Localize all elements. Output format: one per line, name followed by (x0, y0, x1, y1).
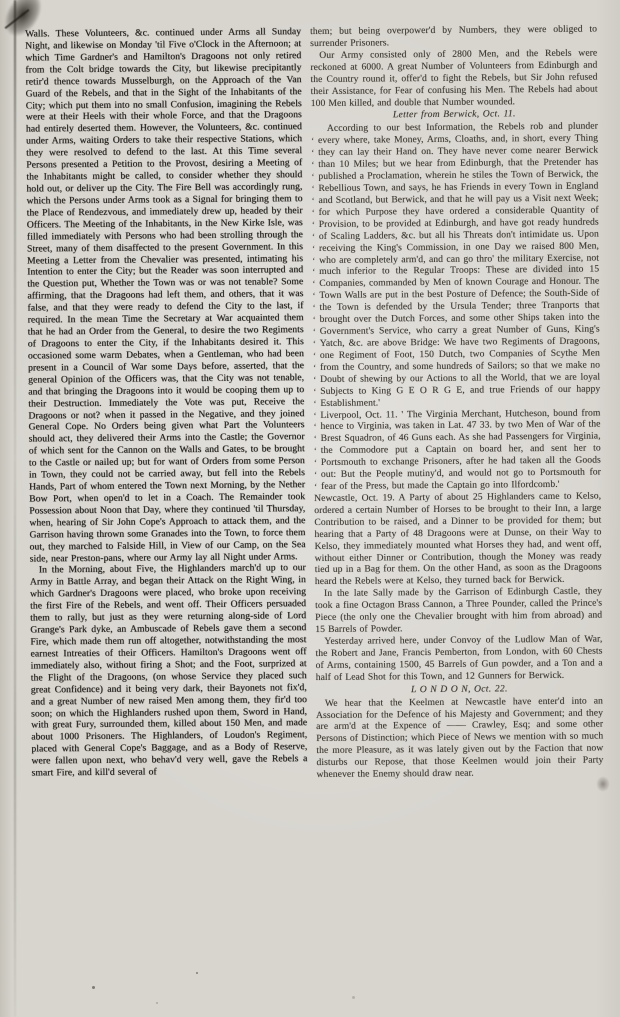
heading-london-dateline: L O N D O N, Oct. 22. (316, 682, 603, 696)
paragraph-liverpool-report: ‘ ‘ ‘ ‘ ‘ ‘ ‘ ‘ ‘ ‘ ‘ ‘ ‘ ‘ ‘ ‘ ‘ ‘ ‘ ‘ … (313, 407, 601, 493)
paragraph-surrender: them; but being overpower'd by Numbers, … (310, 24, 597, 50)
quote-marks-gutter: ‘ ‘ ‘ ‘ ‘ ‘ ‘ ‘ ‘ ‘ ‘ ‘ ‘ ‘ ‘ ‘ ‘ ‘ ‘ ‘ … (313, 410, 321, 493)
paper-speck (156, 1002, 158, 1004)
paragraph-convoy-arrival: Yesterday arrived here, under Convoy of … (315, 633, 602, 683)
paper-speck (196, 972, 198, 974)
liverpool-report-text: Liverpool, Oct. 11. ' The Virginia Merch… (320, 407, 601, 492)
paper-speck (352, 996, 355, 999)
newspaper-scan-page: Walls. These Volunteers, &c. continued u… (0, 0, 620, 1017)
paragraph-castle-sally: In the late Sally made by the Garrison o… (315, 586, 602, 636)
paragraph-berwick-letter: ‘ ‘ ‘ ‘ ‘ ‘ ‘ ‘ ‘ ‘ ‘ ‘ ‘ ‘ ‘ ‘ ‘ ‘ ‘ ‘ … (311, 121, 600, 410)
paragraph-keelmen-association: We hear that the Keelmen at Newcastle ha… (316, 695, 604, 781)
binding-edge-shadow (14, 0, 16, 1017)
left-column: Walls. These Volunteers, &c. continued u… (25, 26, 308, 783)
paragraph-edinburgh-volunteers: Walls. These Volunteers, &c. continued u… (25, 26, 306, 565)
paper-speck (92, 986, 95, 989)
berwick-letter-text: According to our best Information, the R… (318, 121, 600, 409)
right-column: them; but being overpower'd by Numbers, … (310, 24, 604, 782)
paragraph-prestonpans-battle: In the Morning, about Five, the Highland… (30, 563, 308, 780)
paragraph-newcastle-report: Newcastle, Oct. 19. A Party of about 25 … (314, 490, 602, 588)
paragraph-army-numbers: Our Army consisted only of 2800 Men, and… (310, 47, 598, 109)
page-text-area: Walls. These Volunteers, &c. continued u… (25, 24, 604, 784)
